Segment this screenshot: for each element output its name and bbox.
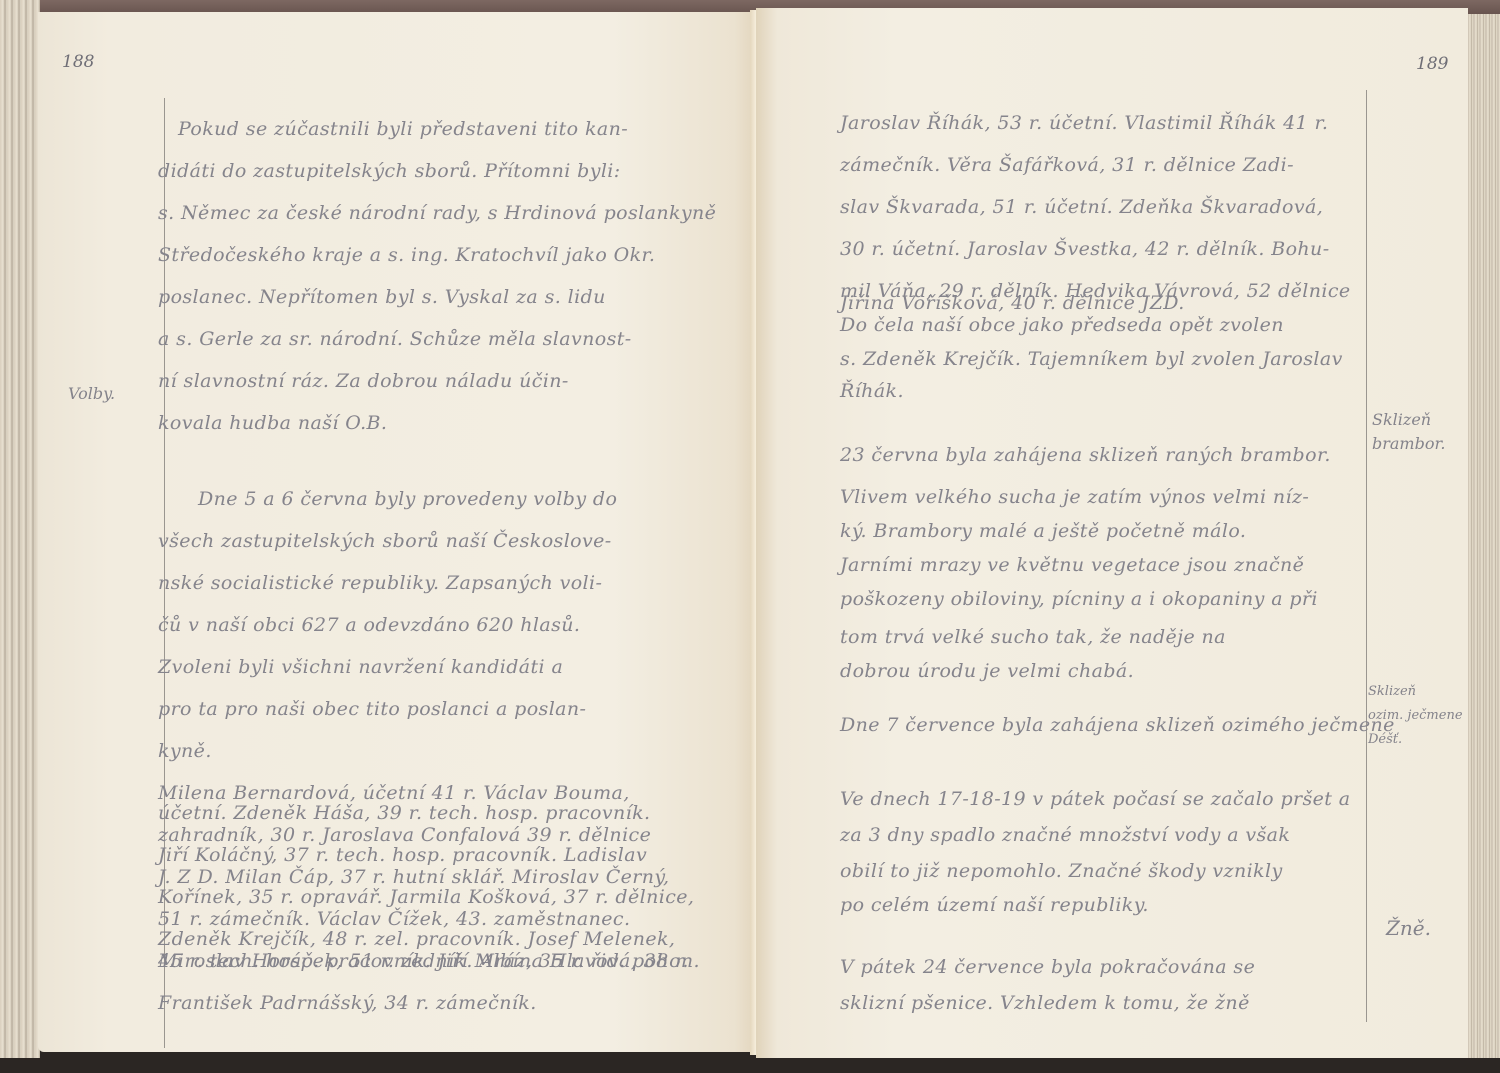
text-line: 45 r. tech. hosp. pracovník. Jiří Mráz, … <box>158 946 700 976</box>
text-line: 23 června byla zahájena sklizeň raných b… <box>840 440 1331 470</box>
text-line: ký. Brambory malé a ještě početně málo. <box>840 516 1246 546</box>
text-line: obilí to již nepomohlo. Značné škody vzn… <box>840 856 1283 886</box>
text-line: slav Škvarada, 51 r. účetní. Zdeňka Škva… <box>840 192 1323 222</box>
text-line: s. Zdeněk Krejčík. Tajemníkem byl zvolen… <box>840 344 1343 374</box>
open-book: 188 Volby. Pokud se zúčastnili byli před… <box>0 0 1500 1073</box>
text-line: didáti do zastupitelských sborů. Přítomn… <box>158 156 621 186</box>
text-line: ní slavnostní ráz. Za dobrou náladu účin… <box>158 366 569 396</box>
text-line: Pokud se zúčastnili byli představeni tit… <box>178 114 628 144</box>
book-bottom-shadow <box>0 1058 1500 1073</box>
text-line: Středočeského kraje a s. ing. Kratochvíl… <box>158 240 655 270</box>
text-line: Jarními mrazy ve květnu vegetace jsou zn… <box>840 550 1304 580</box>
text-line: zámečník. Věra Šafářková, 31 r. dělnice … <box>840 150 1294 180</box>
left-page-stack <box>0 0 40 1062</box>
text-line: Jiří Koláčný, 37 r. tech. hosp. pracovní… <box>158 840 647 870</box>
text-line: čů v naší obci 627 a odevzdáno 620 hlasů… <box>158 610 580 640</box>
right-margin-rule <box>1366 90 1367 1022</box>
left-page-number: 188 <box>62 52 94 72</box>
text-line: Jaroslav Říhák, 53 r. účetní. Vlastimil … <box>840 108 1328 138</box>
text-line: Vlivem velkého sucha je zatím výnos velm… <box>840 482 1309 512</box>
text-line: Zvoleni byli všichni navržení kandidáti … <box>158 652 563 682</box>
text-line: účetní. Zdeněk Háša, 39 r. tech. hosp. p… <box>158 798 651 828</box>
text-line: pro ta pro naši obec tito poslanci a pos… <box>158 694 586 724</box>
right-page-number: 189 <box>1416 54 1448 74</box>
text-line: Kořínek, 35 r. opravář. Jarmila Košková,… <box>158 882 694 912</box>
text-line: sklizní pšenice. Vzhledem k tomu, že žně <box>840 988 1250 1018</box>
text-line: Dne 7 července byla zahájena sklizeň ozi… <box>840 710 1395 740</box>
margin-note-zne: Žně. <box>1386 916 1431 940</box>
text-line: kyně. <box>158 736 212 766</box>
margin-note-sklizen-brambor: Sklizeň brambor. <box>1372 408 1445 456</box>
text-line: poškozeny obiloviny, pícniny a i okopani… <box>840 584 1318 614</box>
text-line: V pátek 24 července byla pokračována se <box>840 952 1255 982</box>
text-line: tom trvá velké sucho tak, že naděje na <box>840 622 1226 652</box>
text-line: s. Němec za české národní rady, s Hrdino… <box>158 198 716 228</box>
text-line: Dne 5 a 6 června byly provedeny volby do <box>198 484 617 514</box>
text-line: 30 r. účetní. Jaroslav Švestka, 42 r. dě… <box>840 234 1330 264</box>
text-line: Říhák. <box>840 376 904 406</box>
text-line: poslanec. Nepřítomen byl s. Vyskal za s.… <box>158 282 606 312</box>
text-line: Ve dnech 17-18-19 v pátek počasí se zača… <box>840 784 1351 814</box>
text-line: za 3 dny spadlo značné množství vody a v… <box>840 820 1290 850</box>
text-line: po celém území naší republiky. <box>840 890 1149 920</box>
margin-note-volby: Volby. <box>68 382 115 406</box>
right-page-stack <box>1466 14 1500 1060</box>
text-line: všech zastupitelských sborů naší Českosl… <box>158 526 612 556</box>
text-line: Do čela naší obce jako předseda opět zvo… <box>840 310 1284 340</box>
text-line: nské socialistické republiky. Zapsaných … <box>158 568 602 598</box>
text-line: František Padrnášský, 34 r. zámečník. <box>158 988 537 1018</box>
text-line: kovala hudba naší O.B. <box>158 408 387 438</box>
text-line: a s. Gerle za sr. národní. Schůze měla s… <box>158 324 632 354</box>
text-line: dobrou úrodu je velmi chabá. <box>840 656 1134 686</box>
right-page: 189 Sklizeň brambor. Sklizeň ozim. ječme… <box>756 8 1468 1058</box>
